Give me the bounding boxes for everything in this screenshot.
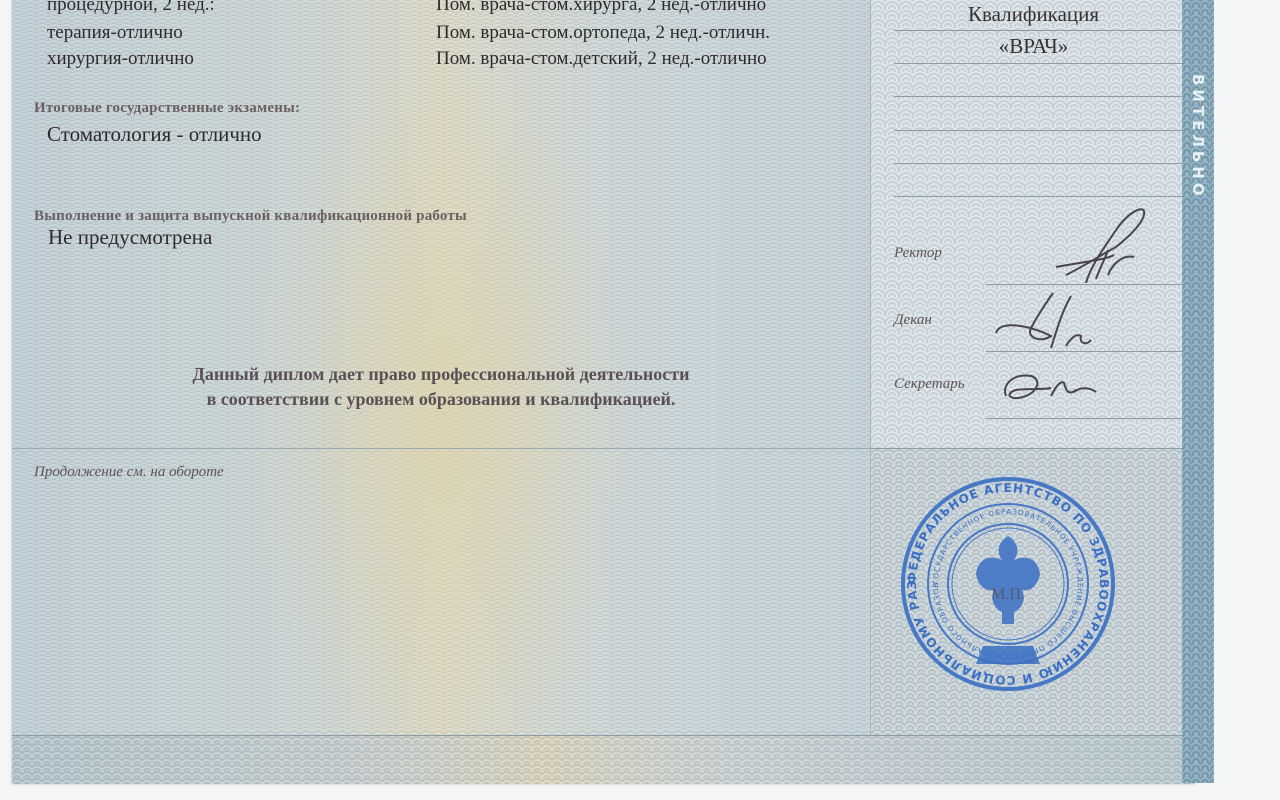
signature-rector-icon bbox=[1046, 205, 1156, 290]
rule-line bbox=[894, 63, 1194, 64]
exams-label: Итоговые государственные экзамены: bbox=[34, 100, 300, 117]
rule-line bbox=[894, 196, 1194, 197]
rule-line bbox=[894, 30, 1194, 31]
notice-line-1: Данный диплом дает право профессионально… bbox=[12, 364, 870, 385]
practice-right-line-3: Пом. врача-стом.детский, 2 нед.-отлично bbox=[436, 48, 767, 70]
continuation-note: Продолжение см. на обороте bbox=[34, 464, 224, 481]
signatory-role-secretary: Секретарь bbox=[894, 376, 965, 393]
rule-line bbox=[894, 130, 1194, 131]
practice-left-line-1: процедурной, 2 нед.: bbox=[47, 0, 215, 16]
rule-line bbox=[894, 163, 1194, 164]
signature-dean-icon bbox=[991, 288, 1121, 358]
main-upper-section: процедурной, 2 нед.: терапия-отлично хир… bbox=[12, 0, 870, 448]
practice-left-line-2: терапия-отлично bbox=[47, 22, 183, 44]
svg-text:М.П.: М.П. bbox=[991, 586, 1025, 603]
side-security-strip: ВИТЕЛЬНО bbox=[1182, 0, 1214, 783]
official-seal-icon: ФЕДЕРАЛЬНОЕ АГЕНТСТВО ПО ЗДРАВООХРАНЕНИЮ… bbox=[898, 474, 1118, 694]
notice-line-2: в соответствии с уровнем образования и к… bbox=[12, 389, 870, 410]
practice-left-line-3: хирургия-отлично bbox=[47, 48, 194, 70]
main-lower-section: Продолжение см. на обороте bbox=[12, 449, 870, 735]
signature-line-secretary bbox=[986, 418, 1194, 419]
qualification-signatures-section: Квалификация «ВРАЧ» Ректор Декан Секрета… bbox=[871, 0, 1196, 448]
rule-line bbox=[894, 96, 1194, 97]
bottom-band bbox=[12, 735, 1195, 784]
signatory-role-dean: Декан bbox=[894, 312, 932, 329]
thesis-value: Не предусмотрена bbox=[48, 225, 212, 250]
signature-secretary-icon bbox=[996, 368, 1106, 408]
qualification-label: Квалификация bbox=[871, 2, 1196, 27]
signatory-role-rector: Ректор bbox=[894, 245, 942, 262]
thesis-label: Выполнение и защита выпускной квалификац… bbox=[34, 208, 467, 225]
main-panel: процедурной, 2 нед.: терапия-отлично хир… bbox=[12, 0, 870, 783]
side-strip-text: ВИТЕЛЬНО bbox=[1182, 0, 1214, 200]
qualification-value: «ВРАЧ» bbox=[871, 34, 1196, 59]
practice-right-line-2: Пом. врача-стом.ортопеда, 2 нед.-отличн. bbox=[436, 22, 770, 44]
practice-right-line-1: Пом. врача-стом.хирурга, 2 нед.-отлично bbox=[436, 0, 766, 16]
exams-value: Стоматология - отлично bbox=[47, 122, 262, 147]
